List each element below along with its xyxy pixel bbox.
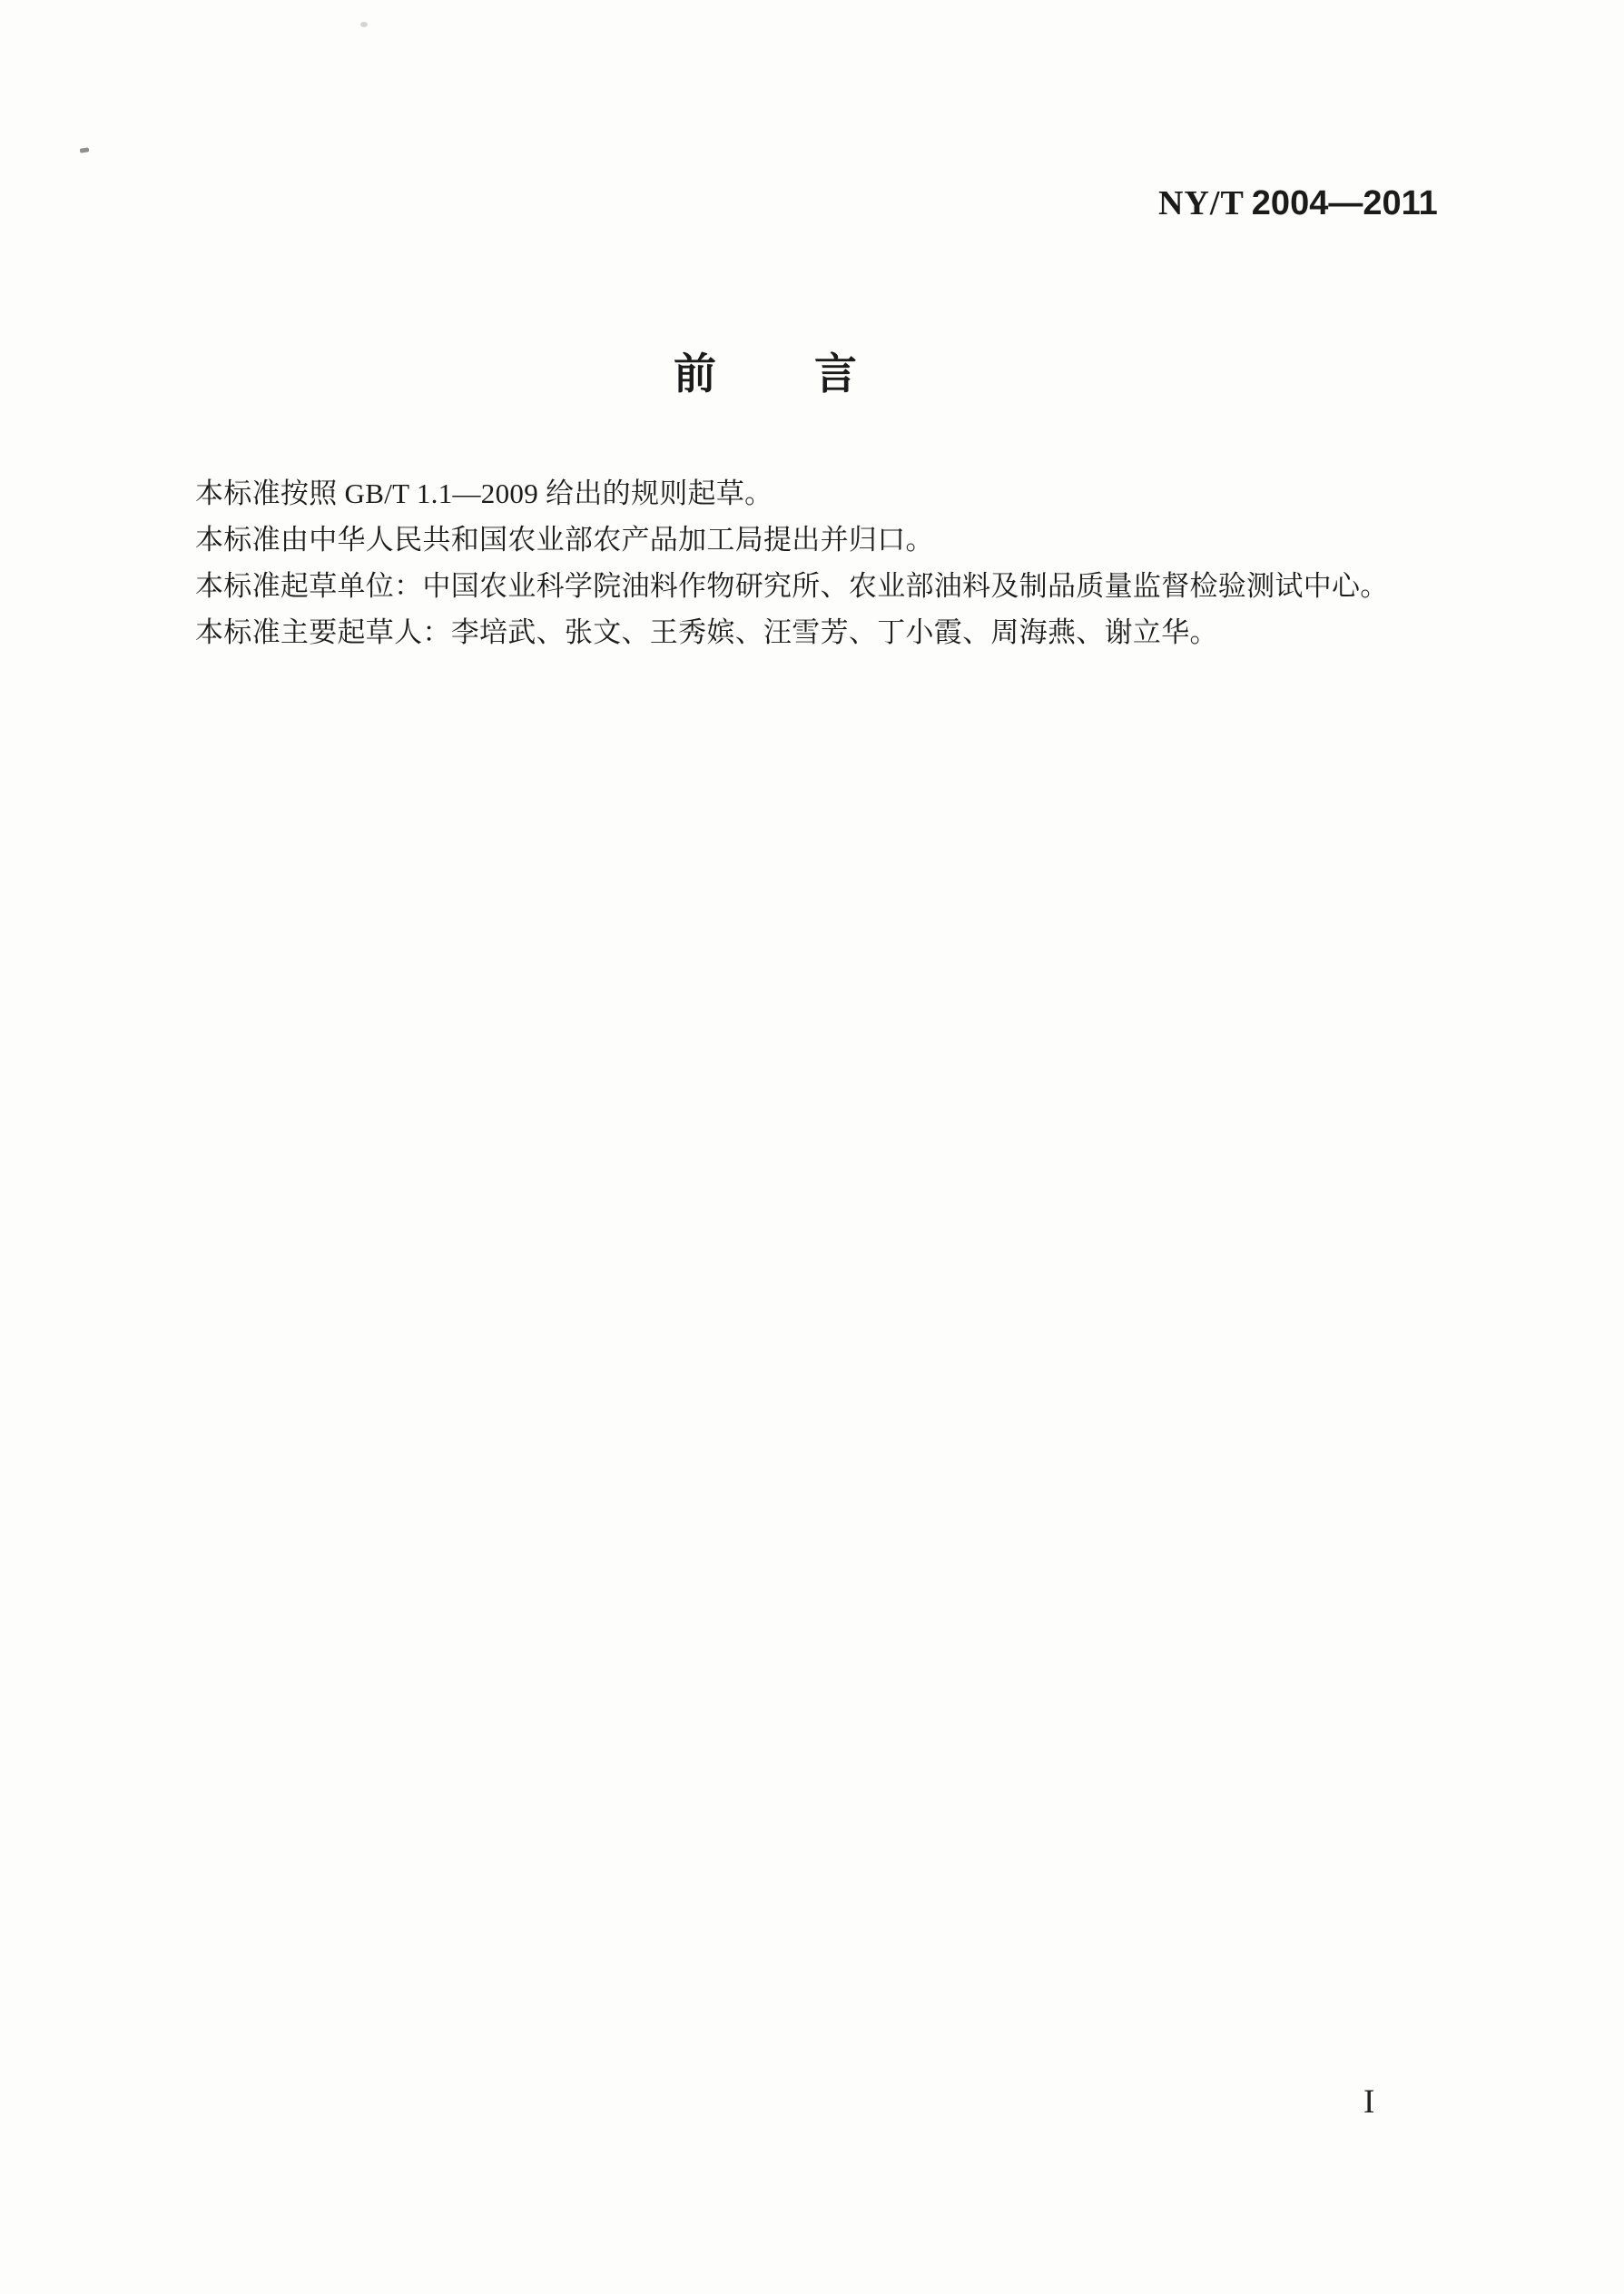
paragraph-proposed-by: 本标准由中华人民共和国农业部农产品加工局提出并归口。 <box>139 517 1378 563</box>
foreword-body: 本标准按照 GB/T 1.1—2009 给出的规则起草。 本标准由中华人民共和国… <box>139 470 1378 655</box>
paragraph-drafting-rule: 本标准按照 GB/T 1.1—2009 给出的规则起草。 <box>139 470 1378 517</box>
paragraph-chief-drafters: 本标准主要起草人：李培武、张文、王秀嫔、汪雪芳、丁小霞、周海燕、谢立华。 <box>139 609 1378 655</box>
standard-code-number: 2004—2011 <box>1252 184 1438 222</box>
paragraph-drafting-organizations: 本标准起草单位：中国农业科学院油料作物研究所、农业部油料及制品质量监督检验测试中… <box>139 563 1378 609</box>
standard-code-prefix: NY/T <box>1158 184 1245 222</box>
foreword-title-char-2: 言 <box>814 351 857 399</box>
page-number: I <box>1363 2082 1374 2122</box>
scan-speck <box>80 147 90 153</box>
foreword-title-char-1: 前 <box>674 351 716 399</box>
foreword-title: 前言 <box>130 352 1401 399</box>
standard-code: NY/T2004—2011 <box>1158 183 1412 223</box>
scan-speck <box>360 22 368 27</box>
document-page: NY/T2004—2011 前言 本标准按照 GB/T 1.1—2009 给出的… <box>0 0 1624 2294</box>
